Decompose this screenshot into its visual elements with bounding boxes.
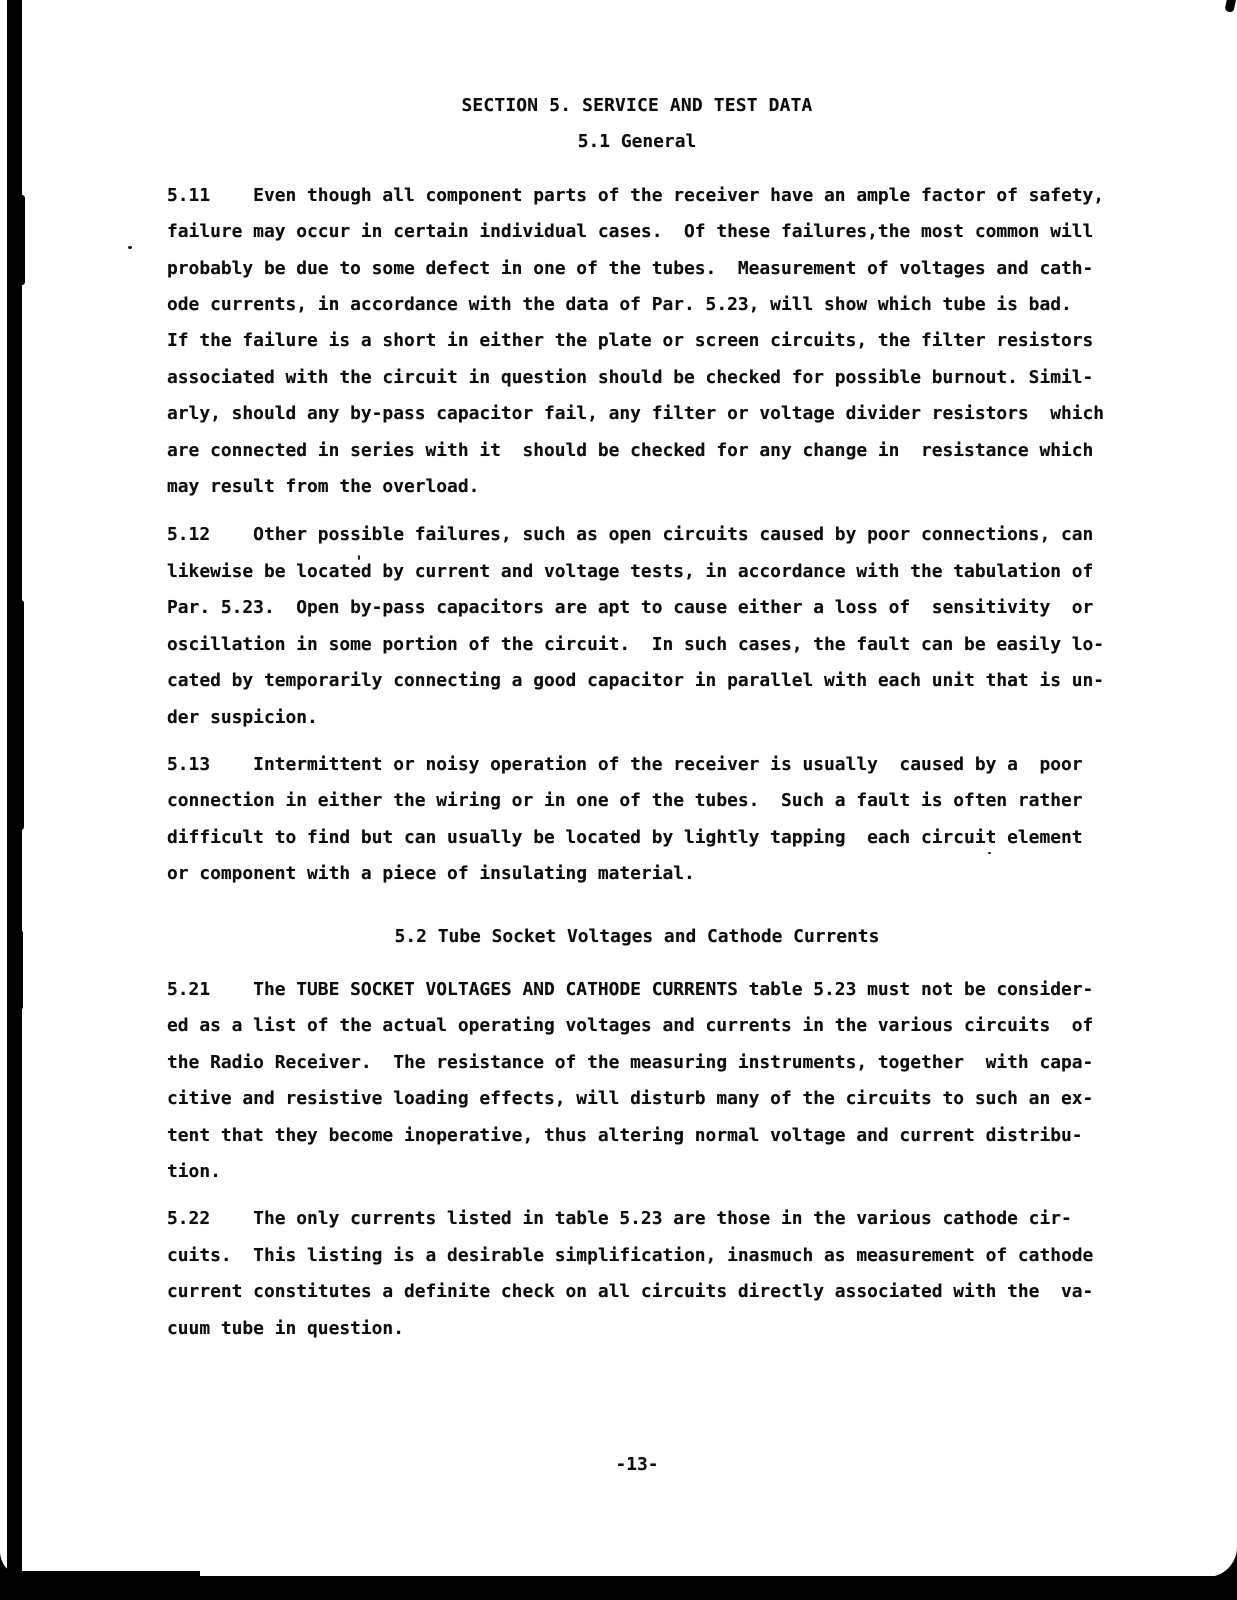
paragraph-5-12: 5.12 Other possible failures, such as op…	[167, 517, 1107, 735]
paragraph-5-21: 5.21 The TUBE SOCKET VOLTAGES AND CATHOD…	[167, 972, 1107, 1190]
scan-edge-artifact	[0, 1571, 200, 1576]
scan-edge-artifact	[20, 600, 24, 830]
scanned-document-page: SECTION 5. SERVICE AND TEST DATA 5.1 Gen…	[0, 0, 1237, 1600]
paragraph-5-11: 5.11 Even though all component parts of …	[167, 178, 1107, 506]
scan-speck	[128, 246, 132, 249]
subsection-heading-5-2: 5.2 Tube Socket Voltages and Cathode Cur…	[167, 919, 1107, 955]
subsection-heading-5-1: 5.1 General	[167, 124, 1107, 160]
scan-bottom-edge-bar	[0, 1576, 1237, 1600]
page-content: SECTION 5. SERVICE AND TEST DATA 5.1 Gen…	[167, 88, 1107, 1483]
scan-edge-artifact	[20, 930, 23, 1010]
paragraph-5-22: 5.22 The only currents listed in table 5…	[167, 1201, 1107, 1347]
paragraph-5-13: 5.13 Intermittent or noisy operation of …	[167, 747, 1107, 893]
scan-edge-artifact	[20, 195, 25, 285]
section-title: SECTION 5. SERVICE AND TEST DATA	[167, 88, 1107, 124]
page-number: -13-	[167, 1447, 1107, 1483]
